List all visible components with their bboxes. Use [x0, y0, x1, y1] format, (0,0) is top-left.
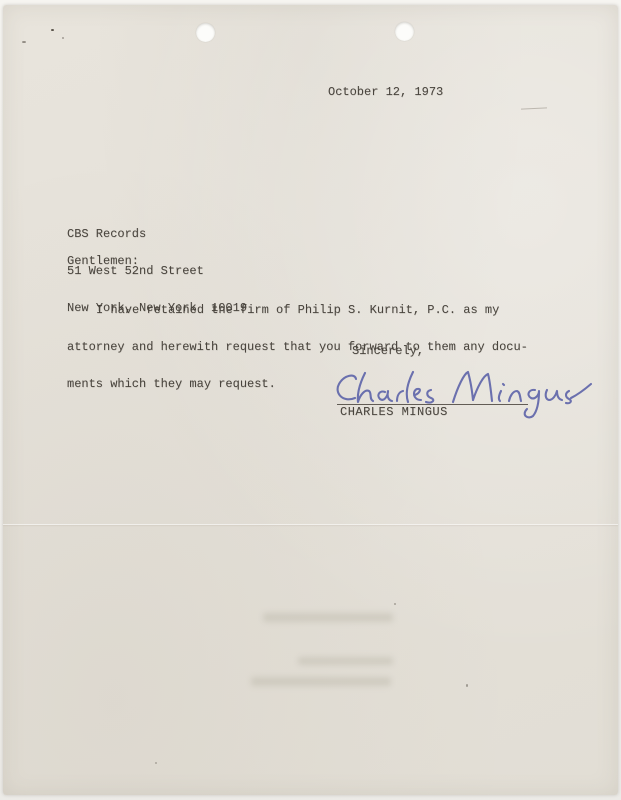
pencil-mark [521, 107, 547, 109]
signature-block: CHARLES MINGUS [325, 362, 605, 437]
ink-ghosting [251, 677, 391, 686]
ink-ghosting [263, 613, 393, 622]
letter-page: October 12, 1973 CBS Records 51 West 52n… [3, 5, 618, 795]
punch-hole-left [196, 23, 215, 42]
paper-speck [394, 603, 396, 605]
closing-sincerely: Sincerely, [352, 345, 424, 357]
scan-background: October 12, 1973 CBS Records 51 West 52n… [0, 0, 621, 800]
letter-date: October 12, 1973 [328, 86, 443, 98]
fold-crease [3, 524, 618, 525]
typed-name: CHARLES MINGUS [340, 406, 448, 418]
paper-speck [155, 762, 157, 764]
paper-speck [466, 684, 468, 687]
body-line: attorney and herewith request that you f… [67, 341, 528, 353]
recipient-name: CBS Records [67, 228, 247, 240]
ink-ghosting [298, 657, 393, 665]
paper-speck [22, 41, 26, 43]
body-line: I have retained the firm of Philip S. Ku… [67, 304, 528, 316]
salutation: Gentlemen: [67, 255, 139, 267]
paper-speck [51, 29, 54, 31]
punch-hole-right [395, 22, 414, 41]
paper-speck [62, 37, 64, 39]
